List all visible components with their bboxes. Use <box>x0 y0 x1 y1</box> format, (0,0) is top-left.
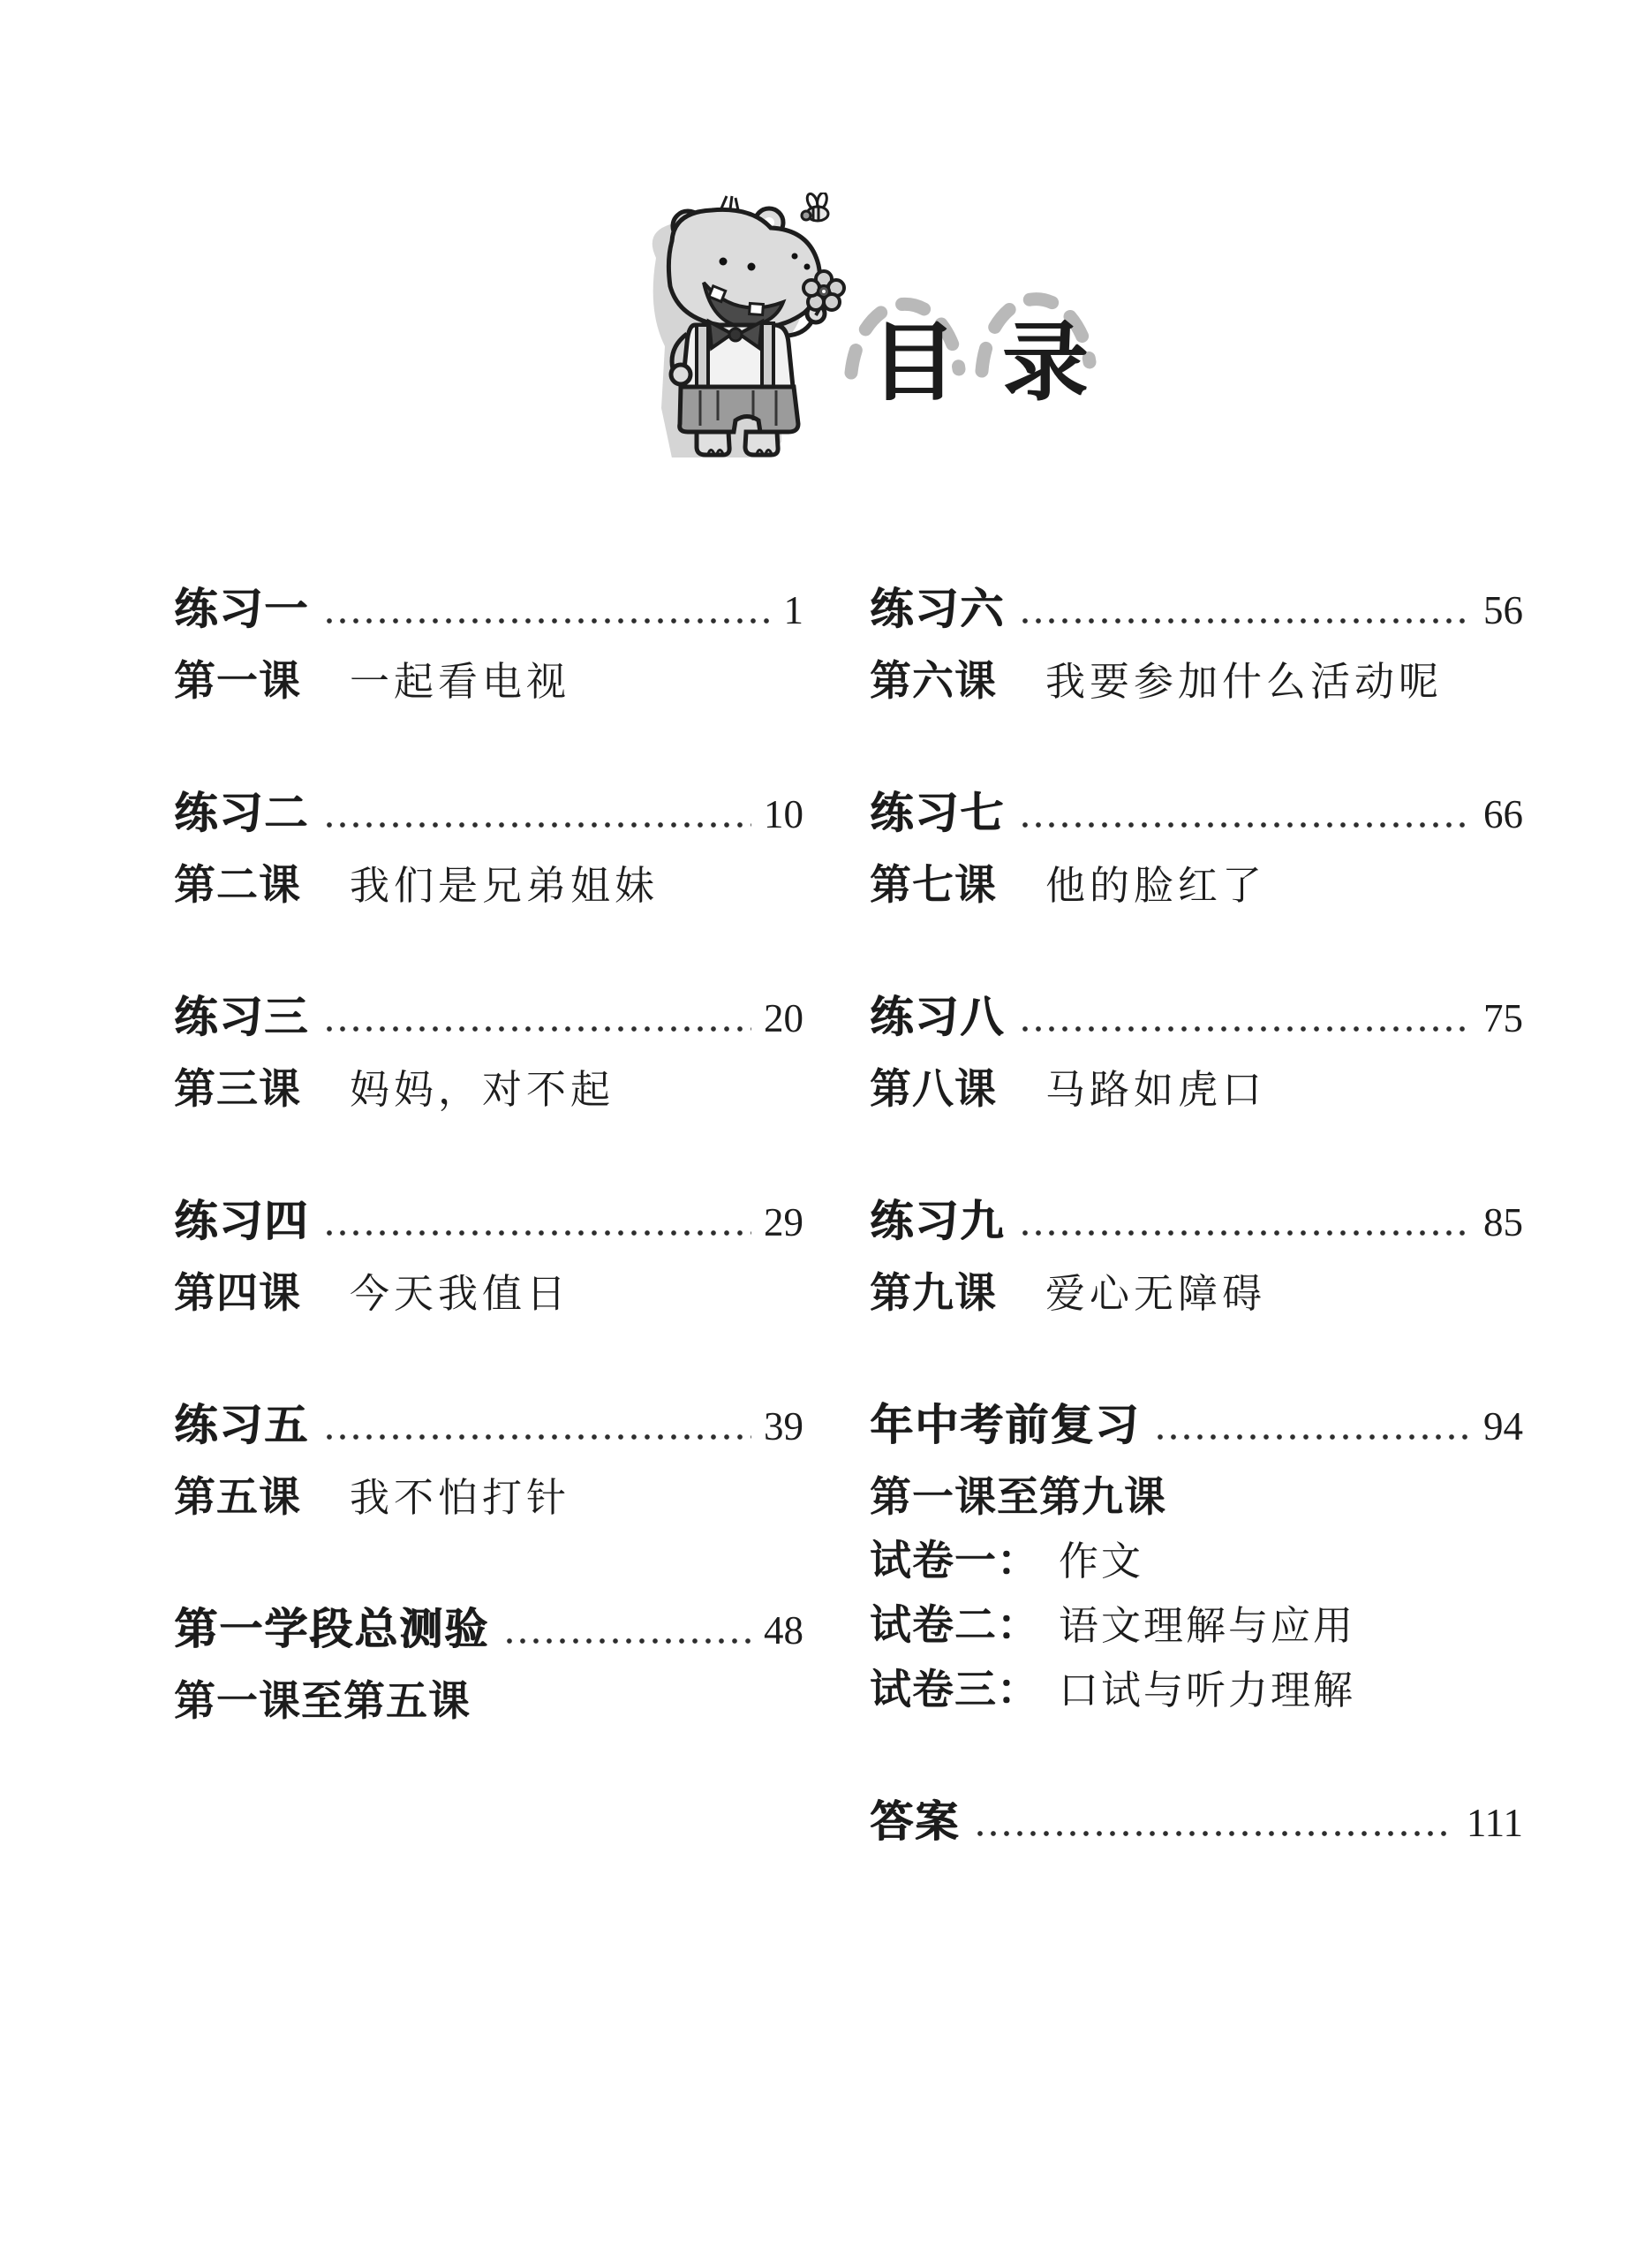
entry-heading: 练习三 <box>174 993 309 1042</box>
toc-entry: 练习一 1 第一课 一起看电视 <box>174 585 803 707</box>
toc-entry: 练习七 66 第七课 他的脸红了 <box>870 789 1523 911</box>
entry-heading: 练习四 <box>174 1197 309 1246</box>
lesson-label: 第八课 <box>870 1063 997 1115</box>
hippo-eye-right <box>748 263 756 271</box>
dot-leader <box>1156 1433 1471 1441</box>
page-number: 1 <box>784 591 804 631</box>
page-number: 56 <box>1483 591 1523 631</box>
page-number: 111 <box>1467 1804 1523 1843</box>
hippo-illustration <box>618 193 849 457</box>
entry-heading-row: 练习九 85 <box>870 1197 1523 1246</box>
lesson-label: 第二课 <box>174 859 301 911</box>
entry-heading-row: 练习六 56 <box>870 585 1523 634</box>
dot-leader <box>325 1025 751 1033</box>
entry-heading-row: 练习二 10 <box>174 789 803 838</box>
exam-paper-row: 试卷一： 作文 <box>870 1535 1523 1587</box>
hippo-eye-left <box>720 258 728 266</box>
hippo-suspender-left <box>697 325 708 387</box>
lesson-label: 第四课 <box>174 1267 301 1319</box>
lesson-title: 妈妈，对不起 <box>350 1064 615 1115</box>
dot-leader <box>1021 1025 1471 1033</box>
hippo-suspender-right <box>762 323 773 387</box>
toc-entry: 练习五 39 第五课 我不怕打针 <box>174 1401 803 1524</box>
page-title-char-2: 录 <box>1002 320 1088 405</box>
lesson-label: 第一课至第九课 <box>870 1471 1166 1523</box>
entry-heading: 年中考前复习 <box>870 1401 1140 1450</box>
lesson-label: 第六课 <box>870 655 997 707</box>
page-number: 10 <box>764 795 803 835</box>
entry-heading: 练习一 <box>174 585 309 634</box>
lesson-title: 今天我值日 <box>350 1268 570 1320</box>
table-of-contents: 练习一 1 第一课 一起看电视 练习二 10 第二课 我们是兄弟姐妹 <box>174 585 1523 1928</box>
page-number: 20 <box>764 999 803 1039</box>
dot-leader <box>325 1229 751 1237</box>
entry-heading-row: 年中考前复习 94 <box>870 1401 1523 1450</box>
page-number: 75 <box>1483 999 1523 1039</box>
lesson-label: 第三课 <box>174 1063 301 1115</box>
toc-entry: 练习二 10 第二课 我们是兄弟姐妹 <box>174 789 803 911</box>
entry-heading-row: 练习八 75 <box>870 993 1523 1042</box>
lesson-label: 第九课 <box>870 1267 997 1319</box>
hippo-svg <box>618 193 849 457</box>
lesson-row: 第一课至第五课 <box>174 1675 803 1727</box>
lesson-title: 马路如虎口 <box>1045 1064 1266 1115</box>
lesson-label: 第一课至第五课 <box>174 1675 471 1727</box>
exam-paper-title: 口试与听力理解 <box>1059 1665 1355 1716</box>
lesson-row: 第七课 他的脸红了 <box>870 859 1523 911</box>
page-number: 94 <box>1483 1407 1523 1447</box>
entry-heading: 答案 <box>870 1797 960 1847</box>
toc-entry: 练习八 75 第八课 马路如虎口 <box>870 993 1523 1115</box>
page-title: 目 录 <box>871 320 1088 405</box>
lesson-title: 他的脸红了 <box>1045 860 1266 911</box>
lesson-title: 我不怕打针 <box>350 1472 570 1524</box>
hippo-nostril-right <box>804 264 811 270</box>
lesson-title: 我们是兄弟姐妹 <box>350 860 659 911</box>
bee-icon <box>802 193 828 221</box>
lesson-title: 一起看电视 <box>350 656 570 707</box>
exam-paper-title: 作文 <box>1059 1536 1143 1587</box>
entry-heading-row: 练习一 1 <box>174 585 803 634</box>
entry-heading: 练习二 <box>174 789 309 838</box>
toc-column-left: 练习一 1 第一课 一起看电视 练习二 10 第二课 我们是兄弟姐妹 <box>174 585 803 1928</box>
hippo-fist-left <box>671 365 690 384</box>
toc-entry: 答案 111 <box>870 1797 1523 1847</box>
page-title-char-1: 目 <box>871 320 956 405</box>
lesson-label: 第一课 <box>174 655 301 707</box>
exam-paper-row: 试卷三： 口试与听力理解 <box>870 1664 1523 1716</box>
toc-entry: 练习四 29 第四课 今天我值日 <box>174 1197 803 1320</box>
dot-leader <box>1021 1229 1471 1237</box>
lesson-row: 第三课 妈妈，对不起 <box>174 1063 803 1115</box>
toc-page: 目 录 练习一 1 第一课 一起看电视 练习二 1 <box>0 0 1652 2261</box>
page-number: 29 <box>764 1203 803 1243</box>
exam-paper-row: 试卷二： 语文理解与应用 <box>870 1599 1523 1652</box>
lesson-row: 第六课 我要参加什么活动呢 <box>870 655 1523 707</box>
toc-entry: 年中考前复习 94 第一课至第九课 试卷一： 作文 试卷二： 语文理解与应用 <box>870 1401 1523 1716</box>
toc-column-right: 练习六 56 第六课 我要参加什么活动呢 练习七 66 第七课 他的脸红了 <box>870 585 1523 1928</box>
entry-heading: 练习七 <box>870 789 1005 838</box>
lesson-row: 第一课 一起看电视 <box>174 655 803 707</box>
toc-entry: 练习三 20 第三课 妈妈，对不起 <box>174 993 803 1115</box>
dot-leader <box>505 1637 751 1645</box>
exam-paper-label: 试卷三： <box>870 1664 1039 1715</box>
page-number: 66 <box>1483 795 1523 835</box>
lesson-row: 第一课至第九课 <box>870 1471 1523 1523</box>
lesson-row: 第五课 我不怕打针 <box>174 1471 803 1524</box>
dot-leader <box>325 820 751 829</box>
lesson-row: 第八课 马路如虎口 <box>870 1063 1523 1115</box>
entry-heading-row: 练习四 29 <box>174 1197 803 1246</box>
exam-paper-label: 试卷一： <box>870 1535 1039 1586</box>
page-number: 85 <box>1483 1203 1523 1243</box>
toc-entry: 练习九 85 第九课 爱心无障碍 <box>870 1197 1523 1320</box>
page-number: 48 <box>764 1611 803 1651</box>
toc-entry: 第一学段总测验 48 第一课至第五课 <box>174 1605 803 1727</box>
entry-heading: 练习六 <box>870 585 1005 634</box>
exam-paper-title: 语文理解与应用 <box>1059 1600 1355 1652</box>
entry-heading-row: 练习三 20 <box>174 993 803 1042</box>
hippo-tooth-right <box>750 304 764 315</box>
entry-heading: 练习九 <box>870 1197 1005 1246</box>
lesson-row: 第四课 今天我值日 <box>174 1267 803 1320</box>
lesson-row: 第二课 我们是兄弟姐妹 <box>174 859 803 911</box>
entry-heading-row: 练习五 39 <box>174 1401 803 1450</box>
entry-heading-row: 第一学段总测验 48 <box>174 1605 803 1654</box>
hippo-nostril-left <box>792 253 798 260</box>
entry-heading-row: 练习七 66 <box>870 789 1523 838</box>
lesson-title: 我要参加什么活动呢 <box>1045 656 1443 707</box>
lesson-row: 第九课 爱心无障碍 <box>870 1267 1523 1320</box>
lesson-title: 爱心无障碍 <box>1045 1268 1266 1320</box>
dot-leader <box>325 1433 751 1441</box>
entry-heading: 练习五 <box>174 1401 309 1450</box>
dot-leader <box>1021 820 1471 829</box>
exam-paper-label: 试卷二： <box>870 1599 1039 1651</box>
dot-leader <box>325 616 771 625</box>
entry-heading-row: 答案 111 <box>870 1797 1523 1847</box>
entry-heading: 练习八 <box>870 993 1005 1042</box>
dot-leader <box>976 1829 1454 1838</box>
lesson-label: 第五课 <box>174 1471 301 1523</box>
page-number: 39 <box>764 1407 803 1447</box>
toc-entry: 练习六 56 第六课 我要参加什么活动呢 <box>870 585 1523 707</box>
entry-heading: 第一学段总测验 <box>174 1605 489 1654</box>
lesson-label: 第七课 <box>870 859 997 911</box>
dot-leader <box>1021 616 1471 625</box>
